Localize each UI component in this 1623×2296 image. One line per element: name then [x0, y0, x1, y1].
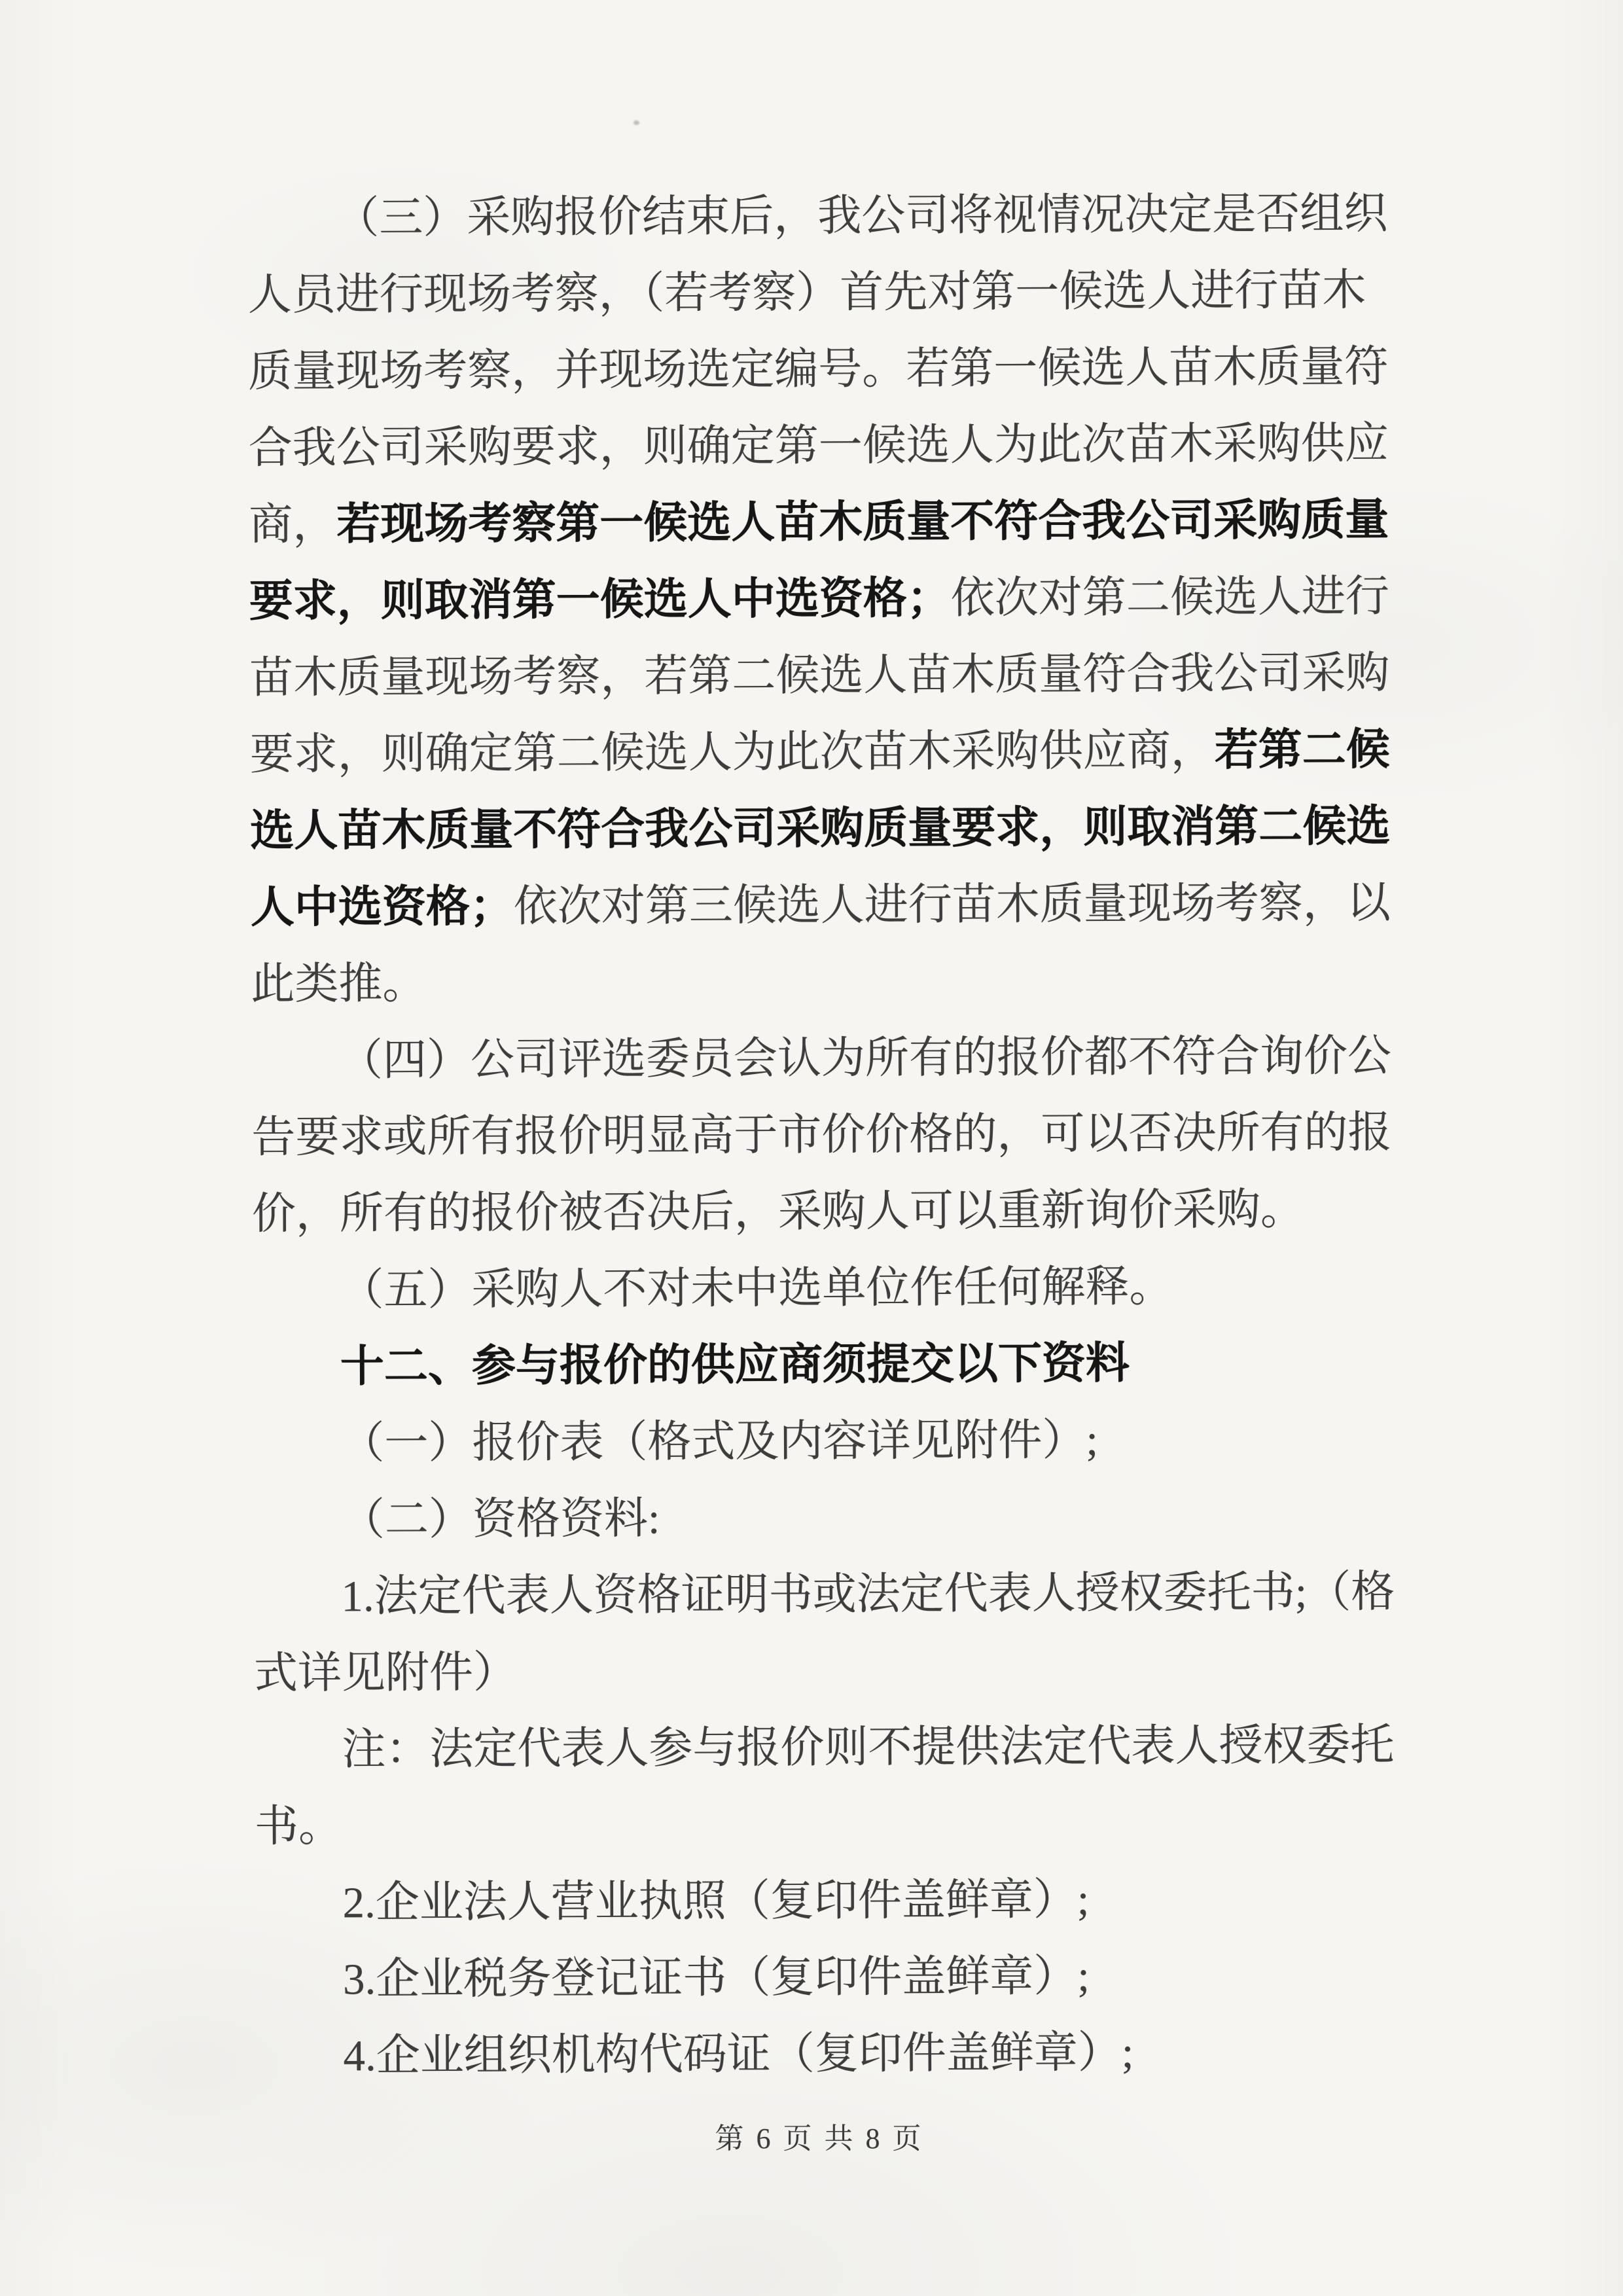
text-line: 苗木质量现场考察，若第二候选人苗木质量符合我公司采购	[249, 635, 1401, 717]
text-segment: （一）报价表（格式及内容详见附件）;	[340, 1416, 1098, 1467]
text-segment: 书。	[255, 1802, 342, 1851]
text-segment: 十二、参与报价的供应商须提交以下资料	[340, 1339, 1130, 1391]
text-line: 2.企业法人营业执照（复印件盖鲜章）;	[255, 1860, 1406, 1942]
text-segment: （二）资格资料:	[341, 1494, 660, 1544]
text-line: 式详见附件）	[254, 1630, 1406, 1712]
text-segment: 合我公司采购要求，则确定第一候选人为此次苗木采购供应	[249, 419, 1389, 473]
text-line: （五）采购人不对未中选单位作任何解释。	[252, 1247, 1404, 1329]
text-segment: 1.法定代表人资格证明书或法定代表人授权委托书;（格	[341, 1568, 1395, 1621]
text-line: 4.企业组织机构代码证（复印件盖鲜章）;	[255, 2013, 1407, 2095]
text-line: （四）公司评选委员会认为所有的报价都不符合询价公	[251, 1018, 1403, 1100]
text-segment: 质量现场考察，并现场选定编号。若第一候选人苗木质量符	[248, 342, 1388, 396]
text-line: 告要求或所有报价明显高于市价价格的，可以否决所有的报	[251, 1094, 1403, 1176]
text-segment: 要求，则确定第二候选人为此次苗木采购供应商，	[250, 726, 1215, 779]
text-line: （三）采购报价结束后，我公司将视情况决定是否组织	[247, 175, 1399, 257]
text-segment: 告要求或所有报价明显高于市价价格的，可以否决所有的报	[251, 1108, 1391, 1162]
text-line: 要求，则确定第二候选人为此次苗木采购供应商，若第二候	[250, 711, 1402, 793]
text-line: 人中选资格；依次对第三候选人进行苗木质量现场考察，以	[251, 865, 1402, 946]
text-segment: 4.企业组织机构代码证（复印件盖鲜章）;	[343, 2028, 1133, 2080]
text-segment: 注：法定代表人参与报价则不提供法定代表人授权委托	[342, 1721, 1394, 1774]
text-segment: 人中选资格；	[251, 882, 514, 932]
text-line: 要求，则取消第一候选人中选资格；依次对第二候选人进行	[249, 558, 1401, 640]
text-segment: 价，所有的报价被否决后，采购人可以重新询价采购。	[252, 1185, 1304, 1238]
text-line: 商，若现场考察第一候选人苗木质量不符合我公司采购质量	[249, 482, 1400, 564]
text-segment: （四）公司评选委员会认为所有的报价都不符合询价公	[339, 1031, 1391, 1085]
text-line: （一）报价表（格式及内容详见附件）;	[253, 1401, 1404, 1482]
text-line: 人员进行现场考察，（若考察）首先对第一候选人进行苗木	[248, 252, 1400, 334]
text-segment: 式详见附件）	[254, 1648, 517, 1698]
text-segment: 若第二候	[1215, 725, 1390, 774]
text-segment: 依次对第二候选人进行	[951, 572, 1389, 622]
text-line: 合我公司采购要求，则确定第一候选人为此次苗木采购供应	[249, 405, 1400, 487]
text-segment: 3.企业税务登记证书（复印件盖鲜章）;	[343, 1952, 1090, 2003]
text-line: 书。	[255, 1784, 1406, 1865]
document-page: （三）采购报价结束后，我公司将视情况决定是否组织人员进行现场考察，（若考察）首先…	[0, 0, 1623, 2296]
text-line: 3.企业税务登记证书（复印件盖鲜章）;	[255, 1937, 1407, 2018]
text-block: （三）采购报价结束后，我公司将视情况决定是否组织人员进行现场考察，（若考察）首先…	[247, 175, 1408, 2095]
text-line: 此类推。	[251, 941, 1402, 1023]
text-line: 质量现场考察，并现场选定编号。若第一候选人苗木质量符	[248, 329, 1400, 410]
text-segment: 苗木质量现场考察，若第二候选人苗木质量符合我公司采购	[249, 649, 1389, 702]
text-segment: 此类推。	[251, 960, 426, 1009]
text-segment: 人员进行现场考察，（若考察）首先对第一候选人进行苗木	[248, 266, 1366, 319]
text-line: 十二、参与报价的供应商须提交以下资料	[253, 1324, 1404, 1406]
text-line: 1.法定代表人资格证明书或法定代表人授权委托书;（格	[253, 1554, 1405, 1636]
text-segment: 2.企业法人营业执照（复印件盖鲜章）;	[342, 1875, 1089, 1927]
text-segment: 要求，则取消第一候选人中选资格；	[249, 574, 951, 626]
page-number-footer: 第 6 页 共 8 页	[0, 2119, 1623, 2159]
text-line: 注：法定代表人参与报价则不提供法定代表人授权委托	[254, 1707, 1406, 1789]
text-segment: 商，	[249, 500, 336, 549]
text-segment: 依次对第三候选人进行苗木质量现场考察，以	[514, 878, 1391, 931]
text-segment: （三）采购报价结束后，我公司将视情况决定是否组织	[335, 189, 1387, 242]
text-segment: 选人苗木质量不符合我公司采购质量要求，则取消第二候选	[250, 802, 1390, 855]
text-line: 选人苗木质量不符合我公司采购质量要求，则取消第二候选	[250, 788, 1402, 870]
text-segment: （五）采购人不对未中选单位作任何解释。	[340, 1263, 1173, 1315]
text-segment: 若现场考察第一候选人苗木质量不符合我公司采购质量	[336, 495, 1389, 548]
scan-speck	[633, 120, 639, 125]
text-line: （二）资格资料:	[253, 1477, 1405, 1559]
text-line: 价，所有的报价被否决后，采购人可以重新询价采购。	[252, 1171, 1404, 1253]
